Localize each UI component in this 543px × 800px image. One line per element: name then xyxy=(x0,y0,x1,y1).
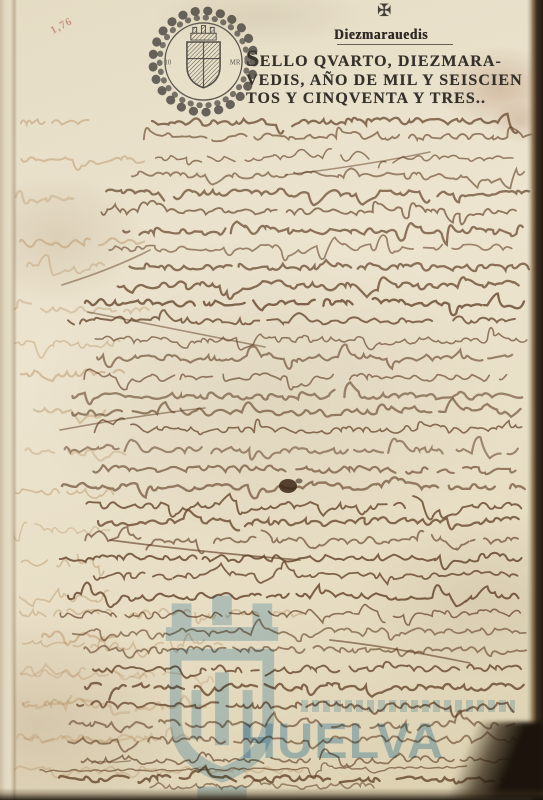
ink-blot xyxy=(279,479,297,493)
watermark-subtext-strip xyxy=(301,700,515,712)
page-edge-left xyxy=(0,0,17,800)
binding-edge-right xyxy=(527,0,543,800)
manuscript-scan: ✠ Diezmarauedis SELLO QVARTO, DIEZMARA- … xyxy=(0,0,543,800)
page-edge-bottom xyxy=(0,788,543,800)
